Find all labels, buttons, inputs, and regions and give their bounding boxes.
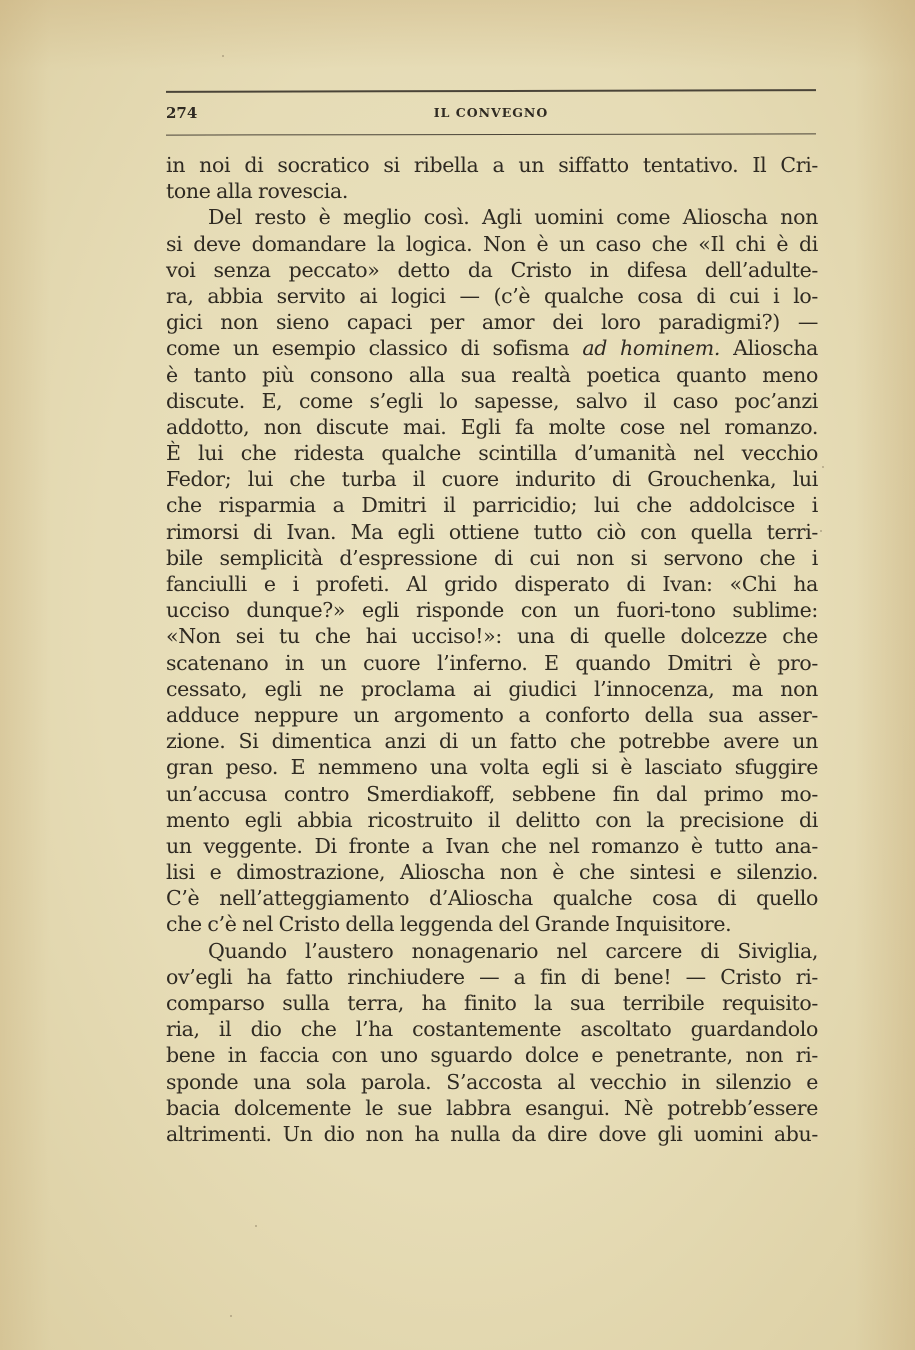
text-line: gici non sieno capaci per amor dei loro … bbox=[166, 309, 818, 335]
paper-speck bbox=[222, 55, 224, 57]
text-line: mento egli abbia ricostruito il delitto … bbox=[166, 807, 818, 833]
text-fragment: come un esempio classico di sofisma bbox=[166, 336, 569, 360]
text-line: un veggente. Di fronte a Ivan che nel ro… bbox=[166, 833, 818, 859]
paragraph-start-line: Quando l’austero nonagenario nel carcere… bbox=[166, 938, 818, 964]
text-line: in noi di socratico si ribella a un siff… bbox=[166, 152, 818, 178]
text-line: ra, abbia servito ai logici — (c’è qualc… bbox=[166, 283, 818, 309]
text-line: Fedor; lui che turba il cuore indurito d… bbox=[166, 466, 818, 492]
paper-speck bbox=[255, 1225, 257, 1227]
text-line: gran peso. E nemmeno una volta egli si è… bbox=[166, 754, 818, 780]
text-line: discute. E, come s’egli lo sapesse, salv… bbox=[166, 388, 818, 414]
paper-speck bbox=[822, 466, 824, 468]
text-line: scatenano in un cuore l’inferno. E quand… bbox=[166, 650, 818, 676]
text-line: lisi e dimostrazione, Alioscha non è che… bbox=[166, 859, 818, 885]
text-line: «Non sei tu che hai ucciso!»: una di que… bbox=[166, 623, 818, 649]
text-line: sponde una sola parola. S’accosta al vec… bbox=[166, 1069, 818, 1095]
text-line: ria, il dio che l’ha costantemente ascol… bbox=[166, 1016, 818, 1042]
paper-speck bbox=[230, 1315, 232, 1317]
text-fragment: Alioscha bbox=[733, 336, 818, 360]
text-line: bile semplicità d’espressione di cui non… bbox=[166, 545, 818, 571]
text-line: un’accusa contro Smerdiakoff, sebbene fi… bbox=[166, 781, 818, 807]
text-line: fanciulli e i profeti. Al grido disperat… bbox=[166, 571, 818, 597]
paper-speck bbox=[820, 530, 822, 532]
running-head: 274 IL CONVEGNO bbox=[166, 90, 816, 135]
text-line: tone alla rovescia. bbox=[166, 178, 818, 204]
text-line: bacia dolcemente le sue labbra esangui. … bbox=[166, 1095, 818, 1121]
text-line: È lui che ridesta qualche scintilla d’um… bbox=[166, 440, 818, 466]
text-line: voi senza peccato» detto da Cristo in di… bbox=[166, 257, 818, 283]
text-line: comparso sulla terra, ha finito la sua t… bbox=[166, 990, 818, 1016]
text-line: addotto, non discute mai. Egli fa molte … bbox=[166, 414, 818, 440]
text-line: C’è nell’atteggiamento d’Alioscha qualch… bbox=[166, 885, 818, 911]
text-line: che risparmia a Dmitri il parricidio; lu… bbox=[166, 492, 818, 518]
text-line: rimorsi di Ivan. Ma egli ottiene tutto c… bbox=[166, 519, 818, 545]
text-line: che c’è nel Cristo della leggenda del Gr… bbox=[166, 911, 818, 937]
header-row: 274 IL CONVEGNO bbox=[166, 92, 816, 134]
text-line: zione. Si dimentica anzi di un fatto che… bbox=[166, 728, 818, 754]
paper-shading-left bbox=[0, 0, 50, 1350]
text-line: bene in faccia con uno sguardo dolce e p… bbox=[166, 1042, 818, 1068]
paper-shading-top bbox=[0, 0, 915, 70]
journal-title: IL CONVEGNO bbox=[166, 92, 816, 134]
text-line: adduce neppure un argomento a conforto d… bbox=[166, 702, 818, 728]
italic-phrase: ad hominem. bbox=[582, 336, 720, 360]
body-text: in noi di socratico si ribella a un siff… bbox=[166, 152, 818, 1147]
text-line: cessato, egli ne proclama ai giudici l’i… bbox=[166, 676, 818, 702]
text-line: ov’egli ha fatto rinchiudere — a fin di … bbox=[166, 964, 818, 990]
paper-shading-right bbox=[855, 0, 915, 1350]
header-rule-bottom bbox=[166, 133, 816, 135]
text-line: altrimenti. Un dio non ha nulla da dire … bbox=[166, 1121, 818, 1147]
text-line: come un esempio classico di sofisma ad h… bbox=[166, 335, 818, 361]
text-line: si deve domandare la logica. Non è un ca… bbox=[166, 231, 818, 257]
text-line: è tanto più consono alla sua realtà poet… bbox=[166, 362, 818, 388]
text-line: ucciso dunque?» egli risponde con un fuo… bbox=[166, 597, 818, 623]
paragraph-start-line: Del resto è meglio così. Agli uomini com… bbox=[166, 204, 818, 230]
